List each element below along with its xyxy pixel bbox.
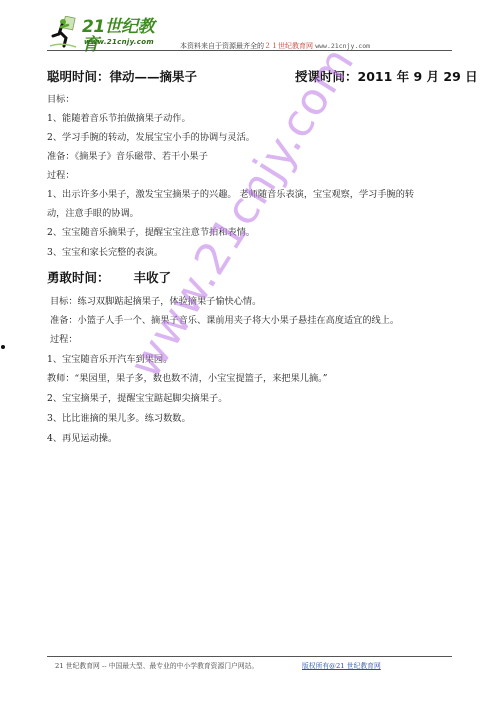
watermark: www.21cnjy.com — [120, 38, 365, 387]
copyright-link[interactable]: 版权所有@21 世纪教育网 — [302, 660, 381, 670]
s2-line: 教师：“果园里，果子多，数也数不清，小宝宝提篮子，来把果儿摘。” — [47, 370, 327, 384]
s2-line: 2、宝宝摘果子，提醒宝宝踮起脚尖摘果子。 — [47, 390, 227, 404]
s2-line: 3、比比谁摘的果儿多。练习数数。 — [47, 410, 191, 424]
lesson-date: 授课时间：2011 年 9 月 29 日 — [295, 67, 478, 85]
s1-line: 1、出示许多小果子，激发宝宝摘果子的兴趣。 老师随音乐表演，宝宝观察，学习手腕的… — [47, 186, 414, 200]
footer-text: 21 世纪教育网 -- 中国最大型、最专业的中小学教育资源门户网站。 — [55, 660, 258, 670]
running-figure-icon — [50, 16, 78, 48]
s2-line: 过程： — [50, 331, 78, 345]
header-divider — [47, 50, 452, 51]
bullet-mark — [1, 345, 5, 349]
section2-title: 勇敢时间：丰收了 — [47, 268, 171, 286]
header-note-brand: ２１世纪教育网 — [264, 42, 313, 50]
s1-line: 准备：《摘果子》音乐磁带、若干小果子 — [47, 148, 208, 162]
footer-divider — [47, 656, 452, 657]
site-logo: 21世纪教育 www.21cnjy.com — [50, 14, 170, 50]
s1-line: 2、学习手腕的转动，发展宝宝小手的协调与灵活。 — [47, 129, 255, 143]
s2-line: 1、宝宝随音乐开汽车到果园。 — [47, 351, 172, 365]
s1-line: 过程： — [47, 167, 75, 181]
section2-title-a: 勇敢时间： — [47, 270, 110, 285]
s2-line: 目标：练习双脚踮起摘果子，体验摘果子愉快心情。 — [50, 293, 261, 307]
logo-url: www.21cnjy.com — [84, 38, 154, 46]
header-note-prefix: 本资料来自于资源最齐全的 — [180, 42, 264, 50]
s1-line: 2、宝宝随音乐摘果子，提醒宝宝注意节拍和表情。 — [47, 224, 255, 238]
section1-title: 聪明时间：律动——摘果子 — [47, 67, 197, 85]
section2-title-b: 丰收了 — [134, 270, 172, 285]
s1-line: 3、宝宝和家长完整的表演。 — [47, 244, 163, 258]
document-page: 21世纪教育 www.21cnjy.com 本资料来自于资源最齐全的２１世纪教育… — [0, 0, 499, 706]
s1-line: 动，注意手眼的协调。 — [47, 205, 139, 219]
s2-line: 准备：小篮子人手一个、摘果子音乐、课前用夹子将大小果子悬挂在高度适宜的线上。 — [50, 312, 399, 326]
header-note-url: www.21cnjy.com — [315, 42, 370, 50]
s1-line: 1、能随着音乐节拍做摘果子动作。 — [47, 110, 191, 124]
s1-line: 目标： — [47, 91, 75, 105]
logo-brand: 21世纪教育 — [82, 18, 170, 54]
s2-line: 4、再见运动操。 — [47, 430, 117, 444]
